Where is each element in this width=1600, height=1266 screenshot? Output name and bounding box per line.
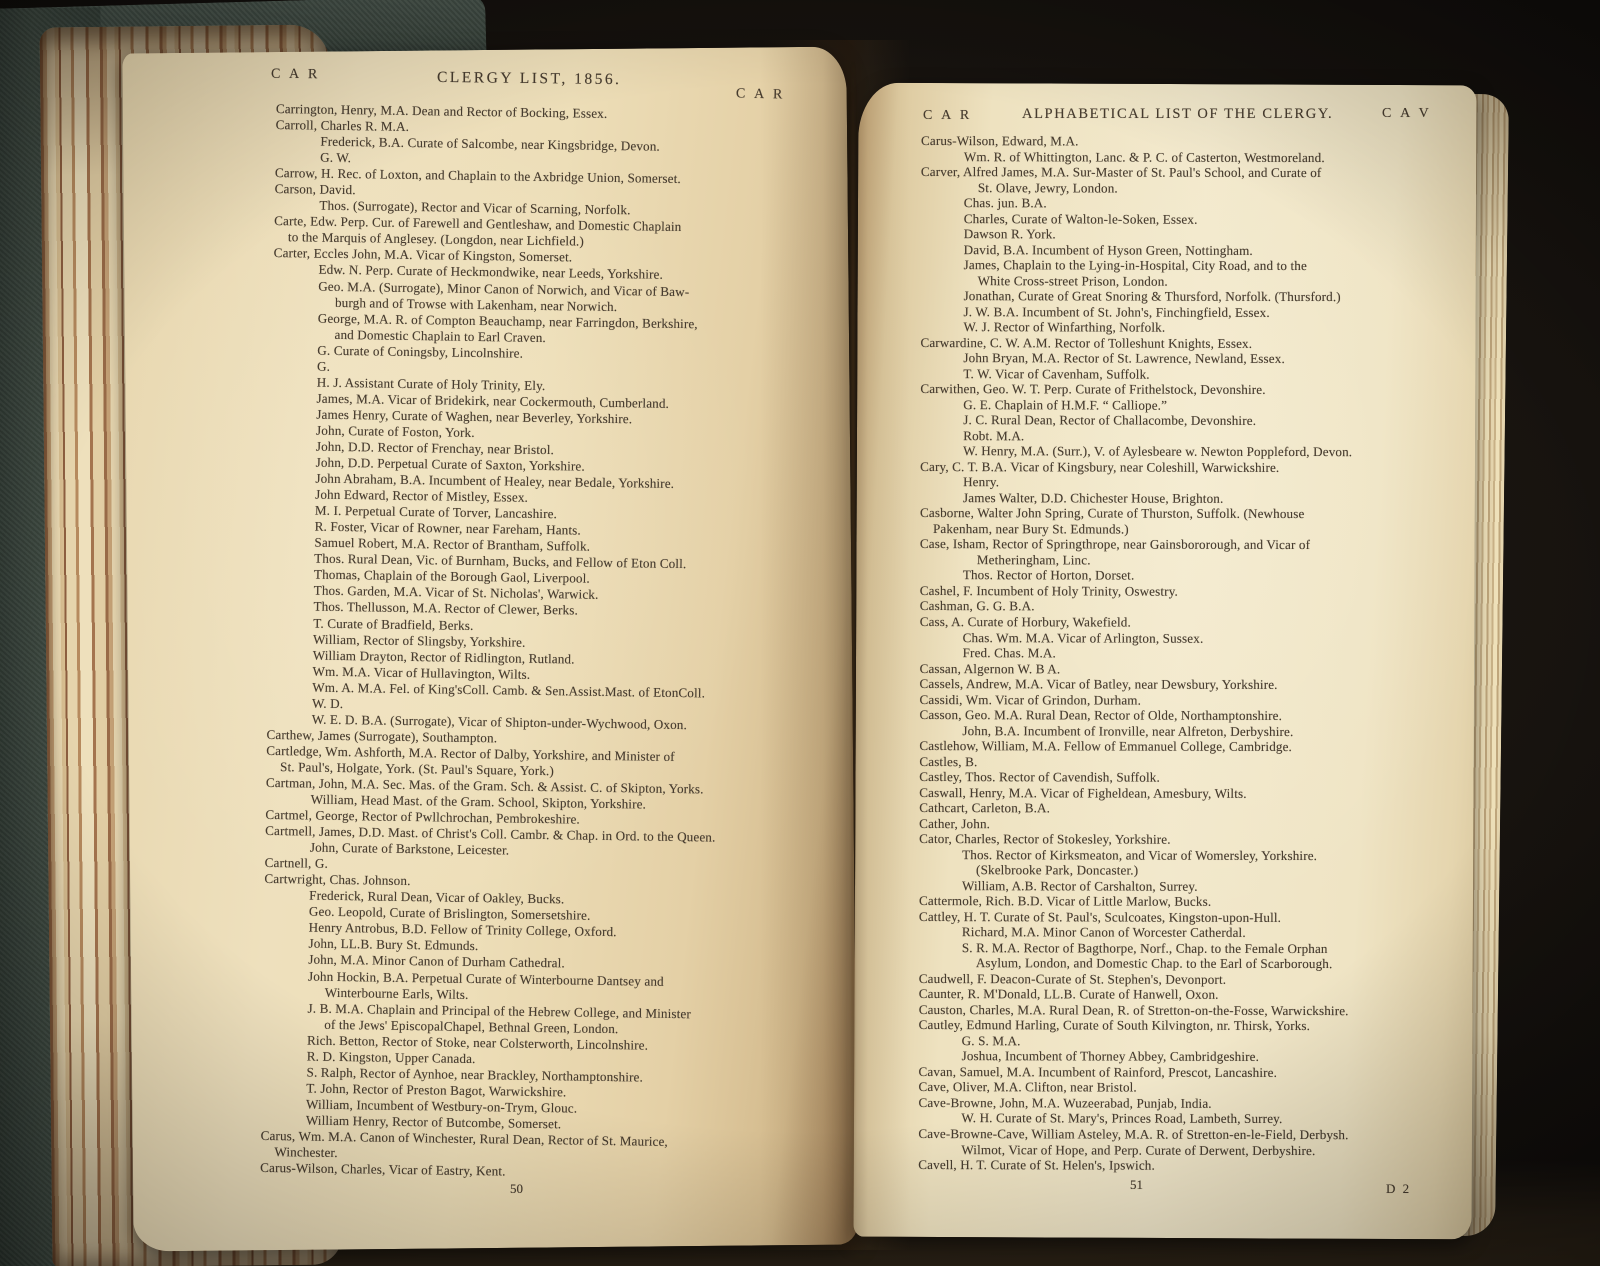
clergy-entry-line: Dawson R. York. [921,226,1353,243]
clergy-entry-line: Wm. R. of Whittington, Lanc. & P. C. of … [921,149,1353,166]
clergy-entry-line: Cave, Oliver, M.A. Clifton, near Bristol… [918,1079,1350,1096]
signature-mark: D 2 [1386,1181,1411,1197]
clergy-entry-line: Casborne, Walter John Spring, Curate of … [920,505,1352,522]
clergy-entry-line: J. C. Rural Dean, Rector of Challacombe,… [920,412,1352,429]
clergy-entry-line: Carwithen, Geo. W. T. Perp. Curate of Fr… [920,381,1352,398]
clergy-entry-line: Cashman, G. G. B.A. [920,598,1352,615]
book-photo: C A R CLERGY LIST, 1856. C A R C A R ALP… [0,0,1600,1266]
right-header-title: ALPHABETICAL LIST OF THE CLERGY. [1022,106,1333,123]
clergy-entry-line: Cather, John. [919,816,1351,833]
clergy-entry-line: Cassan, Algernon W. B A. [920,661,1352,678]
clergy-entry-line: Castles, B. [919,754,1351,771]
clergy-entry-line: J. W. B.A. Incumbent of St. John's, Finc… [921,304,1353,321]
clergy-entry-line: Castlehow, William, M.A. Fellow of Emman… [919,738,1351,755]
clergy-entry-line: W. J. Rector of Winfarthing, Norfolk. [920,319,1352,336]
clergy-entry-line: Causton, Charles, M.A. Rural Dean, R. of… [919,1002,1351,1019]
clergy-entry-line: G. E. Chaplain of H.M.F. “ Calliope.” [920,397,1352,414]
clergy-entry-line: Cathcart, Carleton, B.A. [919,800,1351,817]
left-header-title: CLERGY LIST, 1856. [437,69,622,89]
clergy-entry-line: John Bryan, M.A. Rector of St. Lawrence,… [920,350,1352,367]
clergy-entry-line: Cavell, H. T. Curate of St. Helen's, Ips… [918,1157,1350,1174]
clergy-entry-line: Pakenham, near Bury St. Edmunds.) [920,521,1352,538]
clergy-entry-line: S. R. M.A. Rector of Bagthorpe, Norf., C… [919,940,1351,957]
clergy-entry-line: Caudwell, F. Deacon-Curate of St. Stephe… [919,971,1351,988]
clergy-entry-line: Casson, Geo. M.A. Rural Dean, Rector of … [919,707,1351,724]
clergy-entry-line: Cattley, H. T. Curate of St. Paul's, Scu… [919,909,1351,926]
left-header-catchword-left: C A R [271,67,320,84]
clergy-entry-line: Case, Isham, Rector of Springthrope, nea… [920,536,1352,553]
clergy-entry-line: Jonathan, Curate of Great Snoring & Thur… [921,288,1353,305]
clergy-entry-line: Cave-Browne-Cave, William Asteley, M.A. … [918,1126,1350,1143]
clergy-entry-line: St. Olave, Jewry, London. [921,180,1353,197]
clergy-entry-line: White Cross-street Prison, London. [921,273,1353,290]
clergy-entry-line: Henry. [920,474,1352,491]
clergy-entry-line: James, Chaplain to the Lying-in-Hospital… [921,257,1353,274]
left-header-catchword-right: C A R [736,86,786,103]
clergy-entry-line: Cavan, Samuel, M.A. Incumbent of Rainfor… [919,1064,1351,1081]
clergy-entry-line: Asylum, London, and Domestic Chap. to th… [919,955,1351,972]
clergy-entry-line: W. Henry, M.A. (Surr.), V. of Aylesbeare… [920,443,1352,460]
clergy-entry-line: G. S. M.A. [919,1033,1351,1050]
clergy-entry-line: (Skelbrooke Park, Doncaster.) [919,862,1351,879]
clergy-entry-line: Thos. Rector of Kirksmeaton, and Vicar o… [919,847,1351,864]
clergy-entry-line: Charles, Curate of Walton-le-Soken, Esse… [921,211,1353,228]
left-page-number: 50 [510,1181,523,1197]
clergy-entry-line: Thos. Rector of Horton, Dorset. [920,567,1352,584]
right-header-catchword-left: C A R [923,108,972,124]
clergy-entry-line: Carwardine, C. W. A.M. Rector of Tollesh… [920,335,1352,352]
clergy-entry-line: Carus-Wilson, Edward, M.A. [921,133,1353,150]
clergy-entry-line: Joshua, Incumbent of Thorney Abbey, Camb… [919,1048,1351,1065]
clergy-entry-line: Cassidi, Wm. Vicar of Grindon, Durham. [919,692,1351,709]
clergy-entry-line: Cautley, Edmund Harling, Curate of South… [919,1017,1351,1034]
right-page-text-column: Carus-Wilson, Edward, M.A.Wm. R. of Whit… [918,133,1353,1174]
clergy-entry-line: Cary, C. T. B.A. Vicar of Kingsbury, nea… [920,459,1352,476]
clergy-entry-line: David, B.A. Incumbent of Hyson Green, No… [921,242,1353,259]
clergy-entry-line: Cashel, F. Incumbent of Holy Trinity, Os… [920,583,1352,600]
right-header-catchword-right: C A V [1382,106,1432,122]
clergy-entry-line: Metheringham, Linc. [920,552,1352,569]
clergy-entry-line: William, A.B. Rector of Carshalton, Surr… [919,878,1351,895]
clergy-entry-line: Robt. M.A. [920,428,1352,445]
clergy-entry-line: Fred. Chas. M.A. [920,645,1352,662]
clergy-entry-line: Cator, Charles, Rector of Stokesley, Yor… [919,831,1351,848]
clergy-entry-line: Cave-Browne, John, M.A. Wuzeerabad, Punj… [918,1095,1350,1112]
right-page-number: 51 [1130,1177,1143,1193]
clergy-entry-line: Richard, M.A. Minor Canon of Worcester C… [919,924,1351,941]
clergy-entry-line: Cassels, Andrew, M.A. Vicar of Batley, n… [920,676,1352,693]
clergy-entry-line: Carver, Alfred James, M.A. Sur-Master of… [921,164,1353,181]
clergy-entry-line: Chas. Wm. M.A. Vicar of Arlington, Susse… [920,629,1352,646]
clergy-entry-line: Cattermole, Rich. B.D. Vicar of Little M… [919,893,1351,910]
clergy-entry-line: Caunter, R. M'Donald, LL.B. Curate of Ha… [919,986,1351,1003]
clergy-entry-line: Wilmot, Vicar of Hope, and Perp. Curate … [918,1142,1350,1159]
clergy-entry-line: Chas. jun. B.A. [921,195,1353,212]
clergy-entry-line: T. W. Vicar of Cavenham, Suffolk. [920,366,1352,383]
clergy-entry-line: Cass, A. Curate of Horbury, Wakefield. [920,614,1352,631]
clergy-entry-line: Castley, Thos. Rector of Cavendish, Suff… [919,769,1351,786]
clergy-entry-line: James Walter, D.D. Chichester House, Bri… [920,490,1352,507]
left-page-text-column: Carrington, Henry, M.A. Dean and Rector … [260,101,726,1183]
clergy-entry-line: John, B.A. Incumbent of Ironville, near … [919,723,1351,740]
clergy-entry-line: W. H. Curate of St. Mary's, Princes Road… [918,1110,1350,1127]
clergy-entry-line: Caswall, Henry, M.A. Vicar of Figheldean… [919,785,1351,802]
